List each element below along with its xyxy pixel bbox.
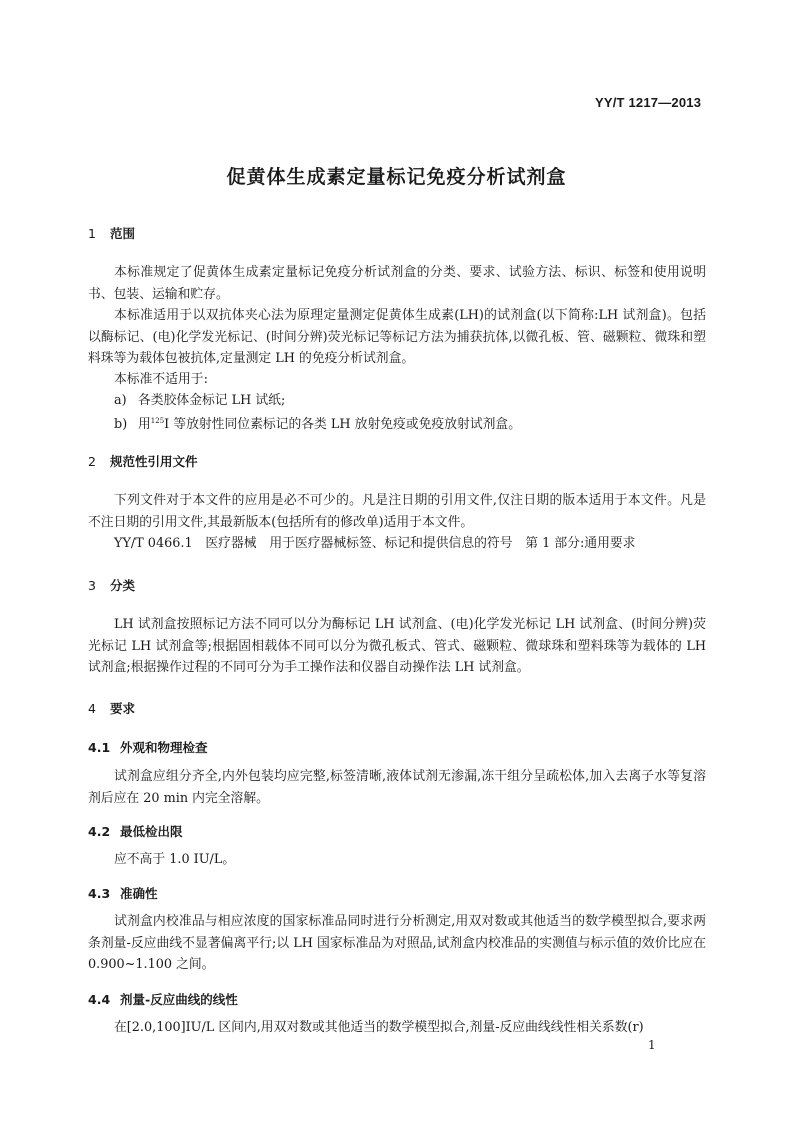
section-4-4-heading: 4.4剂量-反应曲线的线性 <box>88 990 238 1008</box>
section-4-2-heading: 4.2最低检出限 <box>88 822 183 840</box>
section-4-4-paragraph: 在[2.0,100]IU/L 区间内,用双对数或其他适当的数学模型拟合,剂量-反… <box>88 1017 706 1039</box>
section-2-paragraph-1: 下列文件对于本文件的应用是必不可少的。凡是注日期的引用文件,仅注日期的版本适用于… <box>88 490 706 533</box>
list-label: b) <box>114 414 138 436</box>
section-4-2-paragraph: 应不高于 1.0 IU/L。 <box>88 849 706 871</box>
list-item-a: a)各类胶体金标记 LH 试纸; <box>114 390 285 412</box>
section-4-heading: 4要求 <box>88 699 135 717</box>
list-item-b: b)用125I 等放射性同位素标记的各类 LH 放射免疫或免疫放射试剂盒。 <box>114 411 521 436</box>
list-label: a) <box>114 390 138 412</box>
section-title: 外观和物理检查 <box>120 740 208 755</box>
section-number: 4.3 <box>88 886 120 901</box>
document-title: 促黄体生成素定量标记免疫分析试剂盒 <box>0 162 793 189</box>
page-number: 1 <box>648 1038 656 1052</box>
section-4-3-paragraph: 试剂盒内校准品与相应浓度的国家标准品同时进行分析测定,用双对数或其他适当的数学模… <box>88 911 706 976</box>
section-number: 4.2 <box>88 824 120 839</box>
section-1-paragraph-3: 本标准不适用于: <box>114 369 208 391</box>
list-text-prefix: 用 <box>138 417 151 432</box>
section-title: 最低检出限 <box>120 824 183 839</box>
section-title: 分类 <box>110 578 135 593</box>
section-4-1-heading: 4.1外观和物理检查 <box>88 738 208 756</box>
section-title: 范围 <box>110 226 135 241</box>
section-number: 4 <box>88 701 110 716</box>
section-number: 4.1 <box>88 740 120 755</box>
list-text: 各类胶体金标记 LH 试纸; <box>138 393 285 408</box>
normative-reference: YY/T 0466.1 医疗器械 用于医疗器械标签、标记和提供信息的符号 第 1… <box>114 533 635 555</box>
section-title: 要求 <box>110 701 135 716</box>
section-1-paragraph-2: 本标准适用于以双抗体夹心法为原理定量测定促黄体生成素(LH)的试剂盒(以下简称:… <box>88 305 706 370</box>
superscript-isotope: 125 <box>151 417 164 425</box>
section-4-3-heading: 4.3准确性 <box>88 884 158 902</box>
section-1-paragraph-1: 本标准规定了促黄体生成素定量标记免疫分析试剂盒的分类、要求、试验方法、标识、标签… <box>88 262 706 305</box>
list-text: I 等放射性同位素标记的各类 LH 放射免疫或免疫放射试剂盒。 <box>164 417 521 432</box>
section-number: 2 <box>88 454 110 469</box>
section-number: 1 <box>88 226 110 241</box>
section-title: 剂量-反应曲线的线性 <box>120 992 238 1007</box>
section-4-1-paragraph: 试剂盒应组分齐全,内外包装均应完整,标签清晰,液体试剂无渗漏,冻干组分呈疏松体,… <box>88 766 706 809</box>
section-number: 4.4 <box>88 992 120 1007</box>
section-3-paragraph-1: LH 试剂盒按照标记方法不同可以分为酶标记 LH 试剂盒、(电)化学发光标记 L… <box>88 614 706 679</box>
section-title: 规范性引用文件 <box>110 454 198 469</box>
section-1-heading: 1范围 <box>88 224 135 242</box>
section-3-heading: 3分类 <box>88 576 135 594</box>
section-title: 准确性 <box>120 886 158 901</box>
standard-code: YY/T 1217—2013 <box>595 95 701 110</box>
section-number: 3 <box>88 578 110 593</box>
section-2-heading: 2规范性引用文件 <box>88 452 198 470</box>
